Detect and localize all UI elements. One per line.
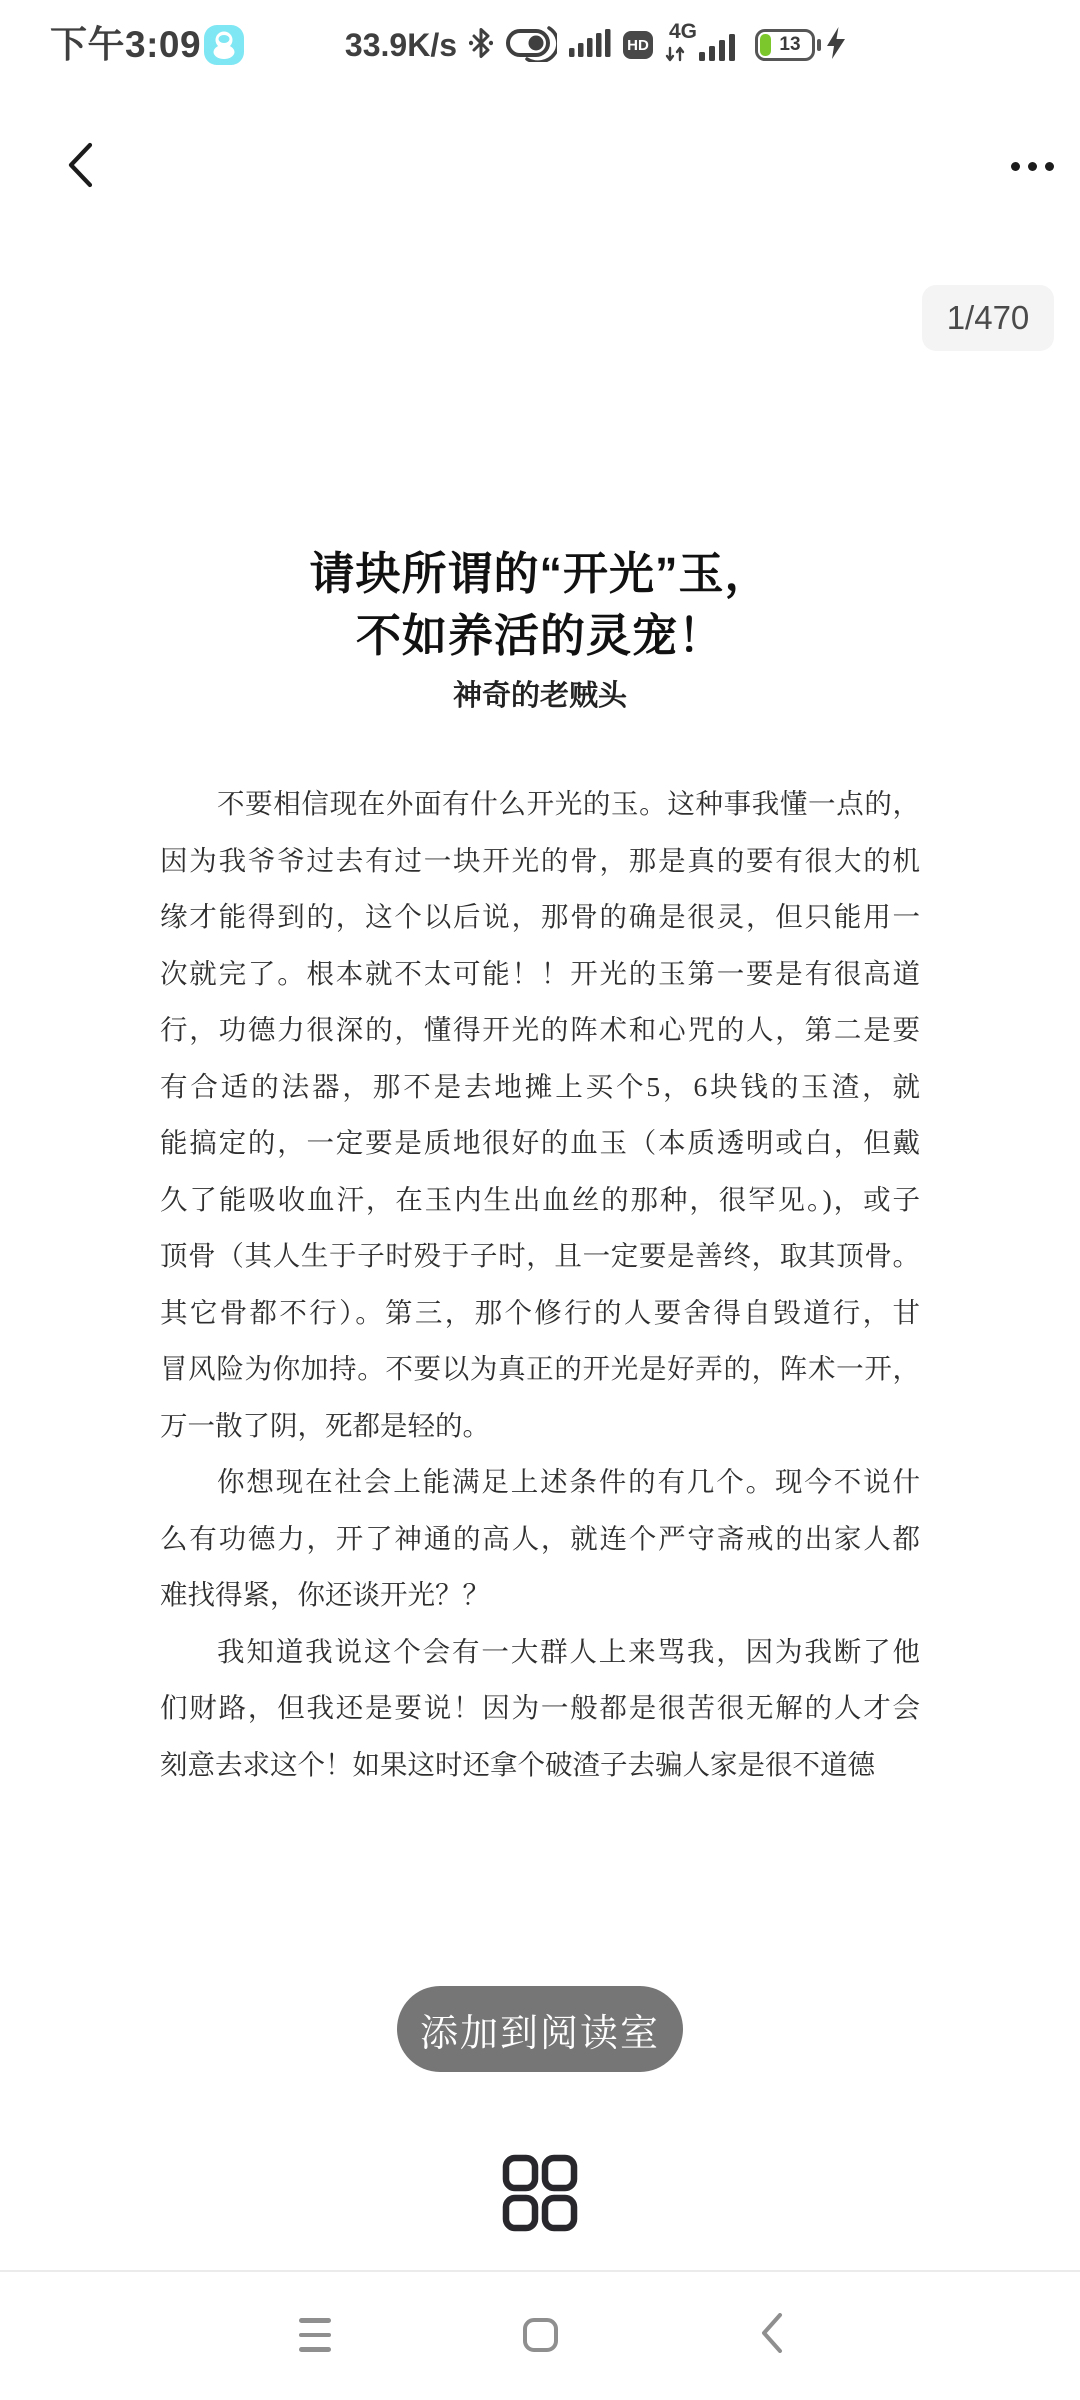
text-line: 有合适的法器，那不是去地摊上买个5，6块钱的玉渣，就	[160, 1059, 920, 1116]
chapter-body[interactable]: 不要相信现在外面有什么开光的玉。这种事我懂一点的，因为我爷爷过去有过一块开光的骨…	[160, 776, 920, 1793]
mobile-bars-icon	[699, 31, 743, 66]
text-line: 刻意去求这个！如果这时还拿个破渣子去骗人家是很不道德	[160, 1737, 920, 1794]
nav-back-icon	[760, 2313, 784, 2358]
reader-screen: 下午3:09 33.9K/s	[0, 0, 1080, 2400]
text-line: 冒风险为你加持。不要以为真正的开光是好弄的，阵术一开，	[160, 1341, 920, 1398]
mobile-signal-icon: 4G	[665, 22, 743, 68]
status-bar: 下午3:09 33.9K/s	[0, 0, 1080, 90]
text-line: 我知道我说这个会有一大群人上来骂我，因为我断了他	[160, 1624, 920, 1681]
chapter-title-block: 请块所谓的“开光”玉， 不如养活的灵宠！ 神奇的老贼头	[0, 543, 1080, 713]
grid-menu-icon	[502, 2219, 578, 2236]
updown-arrows-icon	[665, 46, 687, 67]
text-line: 能搞定的，一定要是质地很好的血玉（本质透明或白，但戴	[160, 1115, 920, 1172]
text-line: 们财路，但我还是要说！因为一般都是很苦很无解的人才会	[160, 1680, 920, 1737]
paragraph: 不要相信现在外面有什么开光的玉。这种事我懂一点的，因为我爷爷过去有过一块开光的骨…	[160, 776, 920, 1454]
nav-home-button[interactable]	[508, 2303, 572, 2367]
text-line: 缘才能得到的，这个以后说，那骨的确是很灵，但只能用一	[160, 889, 920, 946]
more-icon	[1028, 162, 1037, 171]
signal-icon	[569, 29, 611, 62]
nav-back-button[interactable]	[740, 2303, 804, 2367]
text-line: 难找得紧，你还谈开光？？	[160, 1567, 920, 1624]
charging-bolt-icon	[827, 27, 845, 64]
paragraph: 你想现在社会上能满足上述条件的有几个。现今不说什么有功德力，开了神通的高人，就连…	[160, 1454, 920, 1624]
grid-menu-button[interactable]	[502, 2154, 578, 2232]
text-line: 万一散了阴，死都是轻的。	[160, 1398, 920, 1455]
chapter-title-line-1: 请块所谓的“开光”玉，	[0, 543, 1080, 605]
qq-notification-icon	[204, 25, 244, 65]
nav-recents-button[interactable]	[283, 2303, 347, 2367]
bluetooth-icon	[469, 27, 493, 64]
more-icon	[1011, 162, 1020, 171]
battery-nub	[817, 39, 821, 51]
nav-bar-divider	[0, 2270, 1080, 2272]
nav-recents-icon	[299, 2318, 331, 2352]
author-name: 神奇的老贼头	[0, 679, 1080, 713]
more-options-button[interactable]	[1000, 146, 1064, 186]
nav-home-icon	[523, 2318, 558, 2352]
back-button[interactable]	[48, 132, 112, 202]
network-speed: 33.9K/s	[345, 27, 457, 64]
text-line: 其它骨都不行）。第三，那个修行的人要舍得自毁道行，甘	[160, 1285, 920, 1342]
data-saver-icon	[505, 24, 557, 67]
text-line: 不要相信现在外面有什么开光的玉。这种事我懂一点的，	[160, 776, 920, 833]
text-line: 因为我爷爷过去有过一块开光的骨，那是真的要有很大的机	[160, 833, 920, 890]
hd-icon: HD	[623, 31, 653, 59]
page-indicator-badge: 1/470	[922, 285, 1054, 351]
text-line: 顶骨（其人生于子时殁于子时，且一定要是善终，取其顶骨。	[160, 1228, 920, 1285]
page-indicator: 1/470	[947, 299, 1030, 337]
text-line: 么有功德力，开了神通的高人，就连个严守斋戒的出家人都	[160, 1511, 920, 1568]
chapter-title-line-2: 不如养活的灵宠！	[0, 605, 1080, 667]
text-line: 行，功德力很深的，懂得开光的阵术和心咒的人，第二是要	[160, 1002, 920, 1059]
network-type-label: 4G	[669, 20, 697, 44]
status-icons-cluster: 33.9K/s	[345, 0, 845, 90]
text-line: 久了能吸收血汗，在玉内生出血丝的那种，很罕见。)，或子	[160, 1172, 920, 1229]
more-icon	[1045, 162, 1054, 171]
battery-percent: 13	[768, 32, 812, 58]
back-icon	[66, 142, 94, 193]
text-line: 次就完了。根本就不太可能！！开光的玉第一要是有很高道	[160, 946, 920, 1003]
battery-icon: 13	[755, 29, 815, 61]
paragraph: 我知道我说这个会有一大群人上来骂我，因为我断了他们财路，但我还是要说！因为一般都…	[160, 1624, 920, 1794]
clock: 下午3:09	[50, 0, 201, 90]
add-to-reading-room-button[interactable]: 添加到阅读室	[397, 1986, 683, 2072]
text-line: 你想现在社会上能满足上述条件的有几个。现今不说什	[160, 1454, 920, 1511]
